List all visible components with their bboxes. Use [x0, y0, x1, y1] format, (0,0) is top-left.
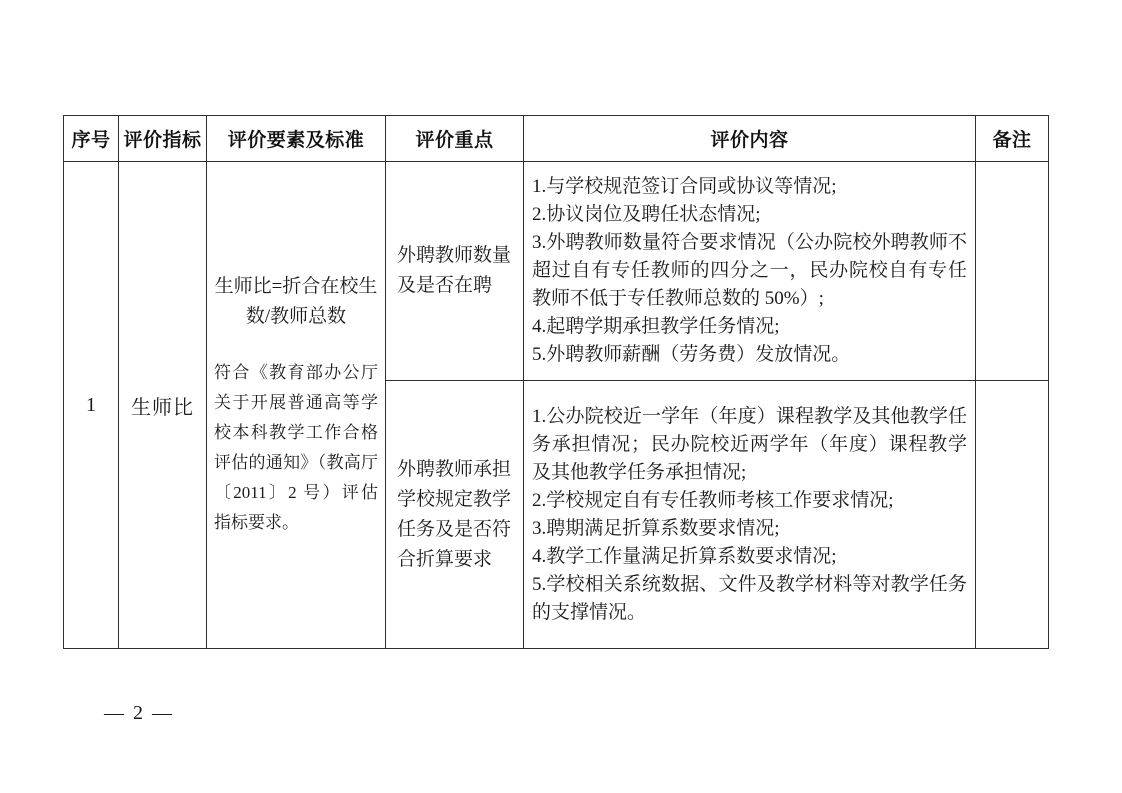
table-header-row: 序号 评价指标 评价要素及标准 评价重点 评价内容 备注 [64, 116, 1049, 162]
standard-requirement: 符合《教育部办公厅关于开展普通高等学校本科教学工作合格评估的通知》（教高厅〔20… [212, 358, 380, 538]
header-cell-focus: 评价重点 [386, 116, 524, 162]
header-cell-remark: 备注 [976, 116, 1049, 162]
content-item: 2.学校规定自有专任教师考核工作要求情况; [532, 487, 967, 515]
focus-cell: 外聘教师数量及是否在聘 [386, 162, 524, 381]
standard-cell: 生师比=折合在校生数/教师总数 符合《教育部办公厅关于开展普通高等学校本科教学工… [207, 162, 386, 649]
content-item: 3.外聘教师数量符合要求情况（公办院校外聘教师不超过自有专任教师的四分之一，民办… [532, 229, 967, 313]
content-item: 3.聘期满足折算系数要求情况; [532, 515, 967, 543]
evaluation-table: 序号 评价指标 评价要素及标准 评价重点 评价内容 备注 1 生师比 生师比=折… [63, 115, 1049, 649]
remark-cell [976, 381, 1049, 649]
document-page: 序号 评价指标 评价要素及标准 评价重点 评价内容 备注 1 生师比 生师比=折… [0, 0, 1122, 793]
indicator-cell: 生师比 [119, 162, 207, 649]
header-cell-index: 序号 [64, 116, 119, 162]
content-cell: 1.与学校规范签订合同或协议等情况; 2.协议岗位及聘任状态情况; 3.外聘教师… [524, 162, 976, 381]
focus-cell: 外聘教师承担学校规定教学任务及是否符合折算要求 [386, 381, 524, 649]
header-cell-indicator: 评价指标 [119, 116, 207, 162]
content-item: 2.协议岗位及聘任状态情况; [532, 201, 967, 229]
header-cell-standard: 评价要素及标准 [207, 116, 386, 162]
header-cell-content: 评价内容 [524, 116, 976, 162]
table-row: 1 生师比 生师比=折合在校生数/教师总数 符合《教育部办公厅关于开展普通高等学… [64, 162, 1049, 381]
content-cell: 1.公办院校近一学年（年度）课程教学及其他教学任务承担情况；民办院校近两学年（年… [524, 381, 976, 649]
content-item: 1.公办院校近一学年（年度）课程教学及其他教学任务承担情况；民办院校近两学年（年… [532, 403, 967, 487]
standard-formula: 生师比=折合在校生数/教师总数 [212, 272, 380, 332]
content-item: 5.学校相关系统数据、文件及教学材料等对教学任务的支撑情况。 [532, 571, 967, 627]
page-number: — 2 — [104, 702, 174, 725]
content-item: 4.教学工作量满足折算系数要求情况; [532, 543, 967, 571]
content-item: 5.外聘教师薪酬（劳务费）发放情况。 [532, 341, 967, 369]
remark-cell [976, 162, 1049, 381]
content-item: 4.起聘学期承担教学任务情况; [532, 313, 967, 341]
content-item: 1.与学校规范签订合同或协议等情况; [532, 173, 967, 201]
row-index-cell: 1 [64, 162, 119, 649]
